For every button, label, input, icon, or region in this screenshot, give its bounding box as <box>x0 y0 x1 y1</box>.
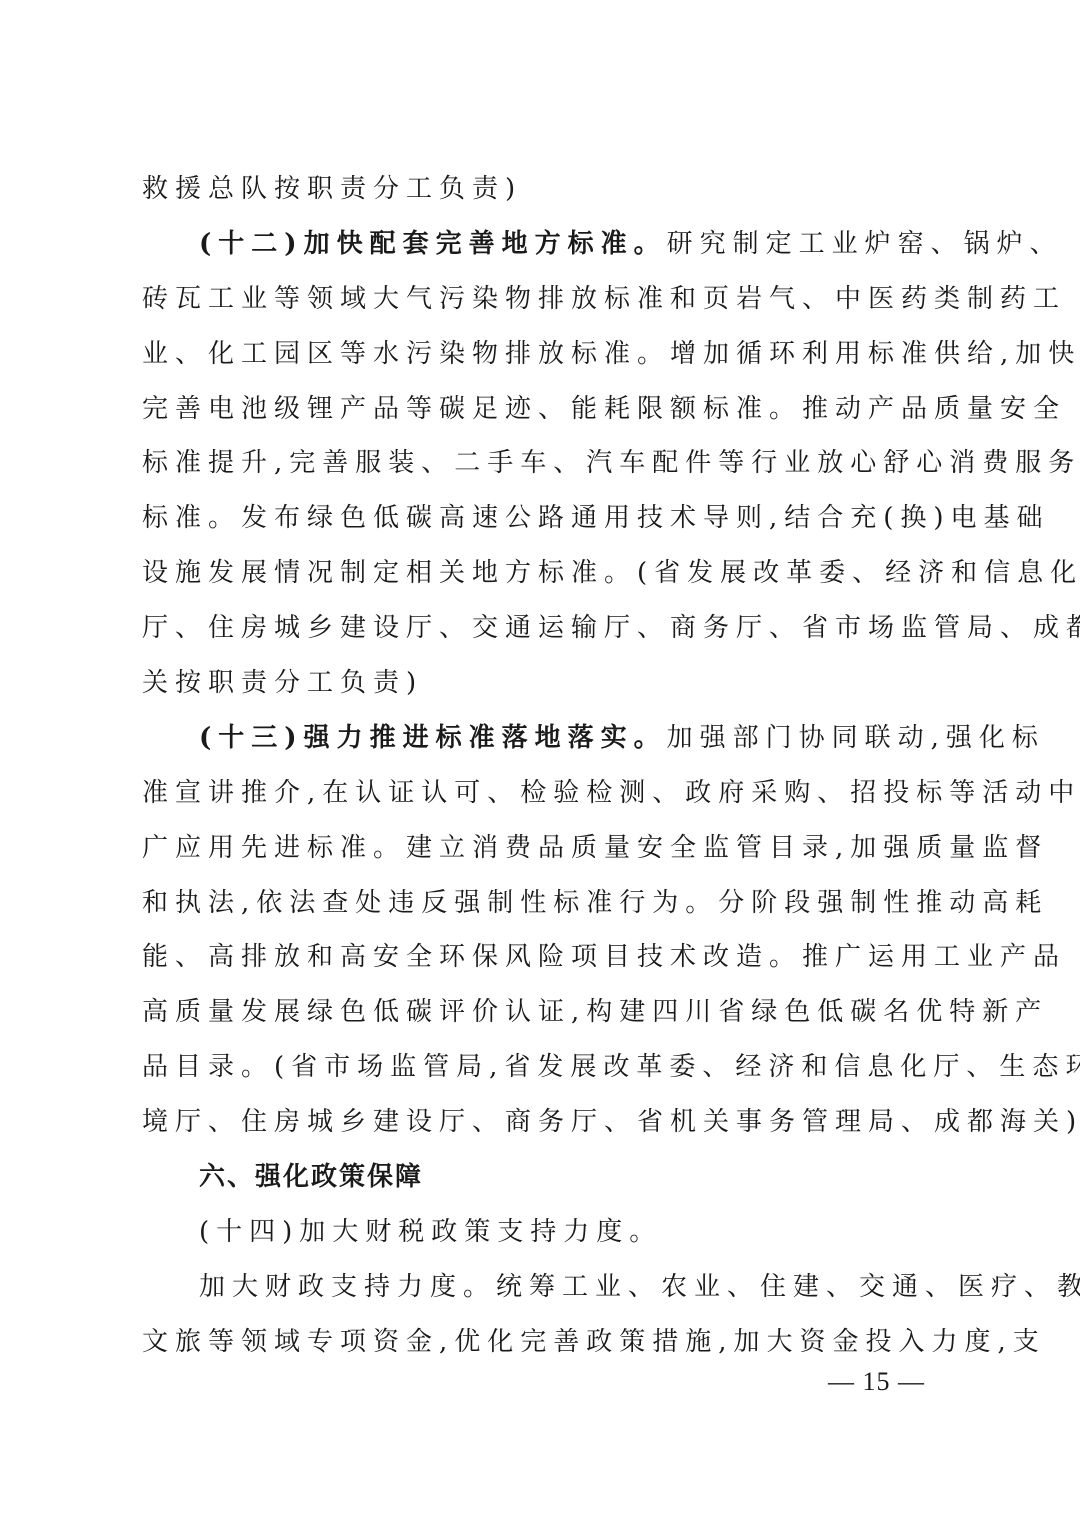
line-text: 品目录。(省市场监管局,省发展改革委、经济和信息化厅、生态环 <box>142 1052 1080 1082</box>
section-6-heading-line: 六、强化政策保障 <box>142 1150 942 1205</box>
line-text: 救援总队按职责分工负责) <box>142 174 522 204</box>
line-text: 高质量发展绿色低碳评价认证,构建四川省绿色低碳名优特新产 <box>142 997 1048 1027</box>
line-text: 能、高排放和高安全环保风险项目技术改造。推广运用工业产品 <box>142 942 1066 972</box>
line-text: 境厅、住房城乡建设厅、商务厅、省机关事务管理局、成都海关) <box>142 1107 1080 1137</box>
paragraph-13-heading-line: (十三)强力推进标准落地落实。加强部门协同联动,强化标 <box>142 711 942 766</box>
text-line: 能、高排放和高安全环保风险项目技术改造。推广运用工业产品 <box>142 930 942 985</box>
text-line: 高质量发展绿色低碳评价认证,构建四川省绿色低碳名优特新产 <box>142 985 942 1040</box>
line-text: 完善电池级锂产品等碳足迹、能耗限额标准。推动产品质量安全 <box>142 394 1066 424</box>
text-line: 准宣讲推介,在认证认可、检验检测、政府采购、招投标等活动中推 <box>142 766 942 821</box>
line-text: 准宣讲推介,在认证认可、检验检测、政府采购、招投标等活动中推 <box>142 778 1080 808</box>
text-line: 厅、住房城乡建设厅、交通运输厅、商务厅、省市场监管局、成都海 <box>142 601 942 656</box>
line-text: 加大财政支持力度。统筹工业、农业、住建、交通、医疗、教育、 <box>199 1272 1080 1302</box>
line-text: 标准。发布绿色低碳高速公路通用技术导则,结合充(换)电基础 <box>142 503 1050 533</box>
paragraph-13-title: (十三)强力推进标准落地落实。 <box>199 723 667 753</box>
text-line: 关按职责分工负责) <box>142 656 942 711</box>
text-line: 砖瓦工业等领域大气污染物排放标准和页岩气、中医药类制药工 <box>142 272 942 327</box>
text-line: 设施发展情况制定相关地方标准。(省发展改革委、经济和信息化 <box>142 546 942 601</box>
line-text: 文旅等领域专项资金,优化完善政策措施,加大资金投入力度,支 <box>142 1327 1046 1357</box>
line-text: 厅、住房城乡建设厅、交通运输厅、商务厅、省市场监管局、成都海 <box>142 613 1080 643</box>
paragraph-14-title: (十四)加大财税政策支持力度。 <box>199 1217 662 1247</box>
line-text: 和执法,依法查处违反强制性标准行为。分阶段强制性推动高耗 <box>142 888 1048 918</box>
page-number: — 15 — <box>828 1364 925 1400</box>
section-6-heading: 六、强化政策保障 <box>199 1162 423 1192</box>
text-line: 加大财政支持力度。统筹工业、农业、住建、交通、医疗、教育、 <box>142 1260 942 1315</box>
text-line: 标准提升,完善服装、二手车、汽车配件等行业放心舒心消费服务 <box>142 436 942 491</box>
paragraph-12-heading-line: (十二)加快配套完善地方标准。研究制定工业炉窑、锅炉、 <box>142 217 942 272</box>
line-text: 广应用先进标准。建立消费品质量安全监管目录,加强质量监督 <box>142 833 1048 863</box>
line-text: 设施发展情况制定相关地方标准。(省发展改革委、经济和信息化 <box>142 558 1080 588</box>
text-line: 广应用先进标准。建立消费品质量安全监管目录,加强质量监督 <box>142 821 942 876</box>
line-text: 标准提升,完善服装、二手车、汽车配件等行业放心舒心消费服务 <box>142 448 1080 478</box>
line-text: 砖瓦工业等领域大气污染物排放标准和页岩气、中医药类制药工 <box>142 284 1066 314</box>
paragraph-14-heading-line: (十四)加大财税政策支持力度。 <box>142 1205 942 1260</box>
line-text: 关按职责分工负责) <box>142 668 423 698</box>
text-line: 救援总队按职责分工负责) <box>142 162 942 217</box>
text-line: 业、化工园区等水污染物排放标准。增加循环利用标准供给,加快 <box>142 327 942 382</box>
text-line: 境厅、住房城乡建设厅、商务厅、省机关事务管理局、成都海关) <box>142 1095 942 1150</box>
line-text: 加强部门协同联动,强化标 <box>667 723 1045 753</box>
text-line: 完善电池级锂产品等碳足迹、能耗限额标准。推动产品质量安全 <box>142 382 942 437</box>
text-line: 标准。发布绿色低碳高速公路通用技术导则,结合充(换)电基础 <box>142 491 942 546</box>
text-line: 文旅等领域专项资金,优化完善政策措施,加大资金投入力度,支 <box>142 1315 942 1370</box>
paragraph-12-title: (十二)加快配套完善地方标准。 <box>199 229 667 259</box>
document-page: 救援总队按职责分工负责) (十二)加快配套完善地方标准。研究制定工业炉窑、锅炉、… <box>142 162 942 1370</box>
text-line: 品目录。(省市场监管局,省发展改革委、经济和信息化厅、生态环 <box>142 1040 942 1095</box>
line-text: 研究制定工业炉窑、锅炉、 <box>667 229 1063 259</box>
text-line: 和执法,依法查处违反强制性标准行为。分阶段强制性推动高耗 <box>142 876 942 931</box>
line-text: 业、化工园区等水污染物排放标准。增加循环利用标准供给,加快 <box>142 339 1080 369</box>
